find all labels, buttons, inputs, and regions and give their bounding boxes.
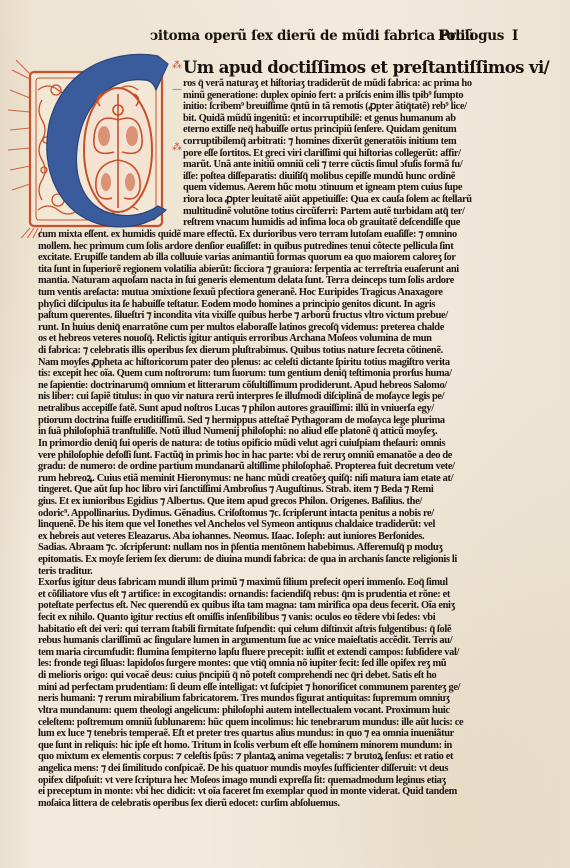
text-line: runt. In huius deniq̄ enarratõne cum per… [38,322,506,334]
text-line: gius. Et ex iunioribus Egidius ⁊ Albertu… [38,496,506,508]
text-line: tis: excepit hec oĩa. Quem cum noſtrorum… [38,368,506,380]
text-line: teris traditur. [38,566,506,578]
text-line: moſaica littera de celebratis operibus ſ… [38,798,506,810]
text-line: marũt. Unã ante initiũ omniũ celi ⁊ terr… [38,159,506,171]
text-line: fecit ex nihilo. Quanto igitur rectius e… [38,612,506,624]
text-line: riora loca ꝓpter leuitatẽ aiũt appetiuiſ… [38,194,506,206]
text-line: les: fronde tegi ſiluas: lapidoſos ſurge… [38,658,506,670]
text-line: et cõſiliatore vſus eſt ⁊ artifice: in e… [38,589,506,601]
text-line: netralibus accepiſſe fatẽ. Sunt apud noſ… [38,403,506,415]
text-line: opifex diſpoſuit: vt vere ſcriptura hec … [38,775,506,787]
text-line: poteſtate perfectus eſt. Nec querendũ ex… [38,600,506,612]
folio-label: Foliũ [438,28,474,44]
text-line: Nam moyſes ꝓpheta ac hiſtoricorum pater … [38,357,506,369]
text-line: ei preceptum in monte: vbi hec didicit: … [38,786,506,798]
text-line: Exorſus igitur deus fabricam mundi illum… [38,577,506,589]
text-line: In primordio deniq̄ ſui operis de natura… [38,438,506,450]
text-line: mantia. Naturam aquoſam nacta in ſui gen… [38,275,506,287]
text-line: linquenẽ. De his item que vel Ionethes v… [38,519,506,531]
text-line: ptiorum doctrina fuiſſe eruditiſſimũ. Se… [38,415,506,427]
text-line: pore eſſe ſortitos. Et greci viri clariſ… [38,148,506,160]
text-line: gradu: de numero: de ordine partium mund… [38,461,506,473]
text-line: ex hebreis aut veteres Eleazarus. Aba io… [38,531,506,543]
text-line: neris humani: ⁊ rerum mirabilium fabrica… [38,693,506,705]
text-line: tem maria circumfudit: flumina ſempitern… [38,647,506,659]
folio-number: I [512,28,518,44]
text-line: bit. Quidã mũdũ ingenitũ: et incorruptib… [38,113,506,125]
rubric-mark: ⁂ [172,60,182,71]
book-page: ↄitoma operũ ſex dierũ de mũdi fabrica P… [0,0,570,868]
text-line: ros q̄ verã naturaʒ et hiſtoriaʒ tradide… [38,78,506,90]
incipit-line: Um apud doctiſſimos et preſtantiſſimos v… [183,58,549,77]
text-line: paſtum querentes. ſilueſtri ⁊ incondita … [38,310,506,322]
text-line: mollem. hec primum cum ſolis ardore denſ… [38,241,506,253]
text-line: angelica mens: ⁊ dei ſimilitudo conſpica… [38,763,506,775]
text-line: odoric⁹. Appollinarius. Dydimus. Gẽnadiu… [38,508,506,520]
text-line: in ſuã philoſophiã tranſtuliſſe. Notũ il… [38,426,506,438]
text-line: multitudinẽ volutõne totius circũferri: … [38,206,506,218]
text-line: di fabrica: ⁊ celebratis illis operibus … [38,345,506,357]
text-line: minũ generatione: duplex opinio fert: a … [38,90,506,102]
text-line: di melioris origo: qui vocaẽ deus: cuius… [38,670,506,682]
text-line: celeſtem: poſtremum omniũ ſublunarem: hũ… [38,717,506,729]
text-line: excitate. Erupiſſe tandem ab illa colluu… [38,252,506,264]
text-line: epitomatis. Ex moyſe ſeriem ſex dierum: … [38,554,506,566]
text-line: nis liber: cui ſapiẽ titulus: in quo vir… [38,391,506,403]
text-line: rebus humanis clariſſimũ ac ſingulare lu… [38,635,506,647]
text-line: vltra mundanum: quem theologi angelicum:… [38,705,506,717]
text-line: rum hebreoꝝ. Cuius etiã meminit Hieronym… [38,473,506,485]
text-line: que ſunt in reliquis: hic ipſe eſt homo.… [38,740,506,752]
text-line: vere philoſophie defoſſi ſunt. Factũq̄ i… [38,450,506,462]
text-line: tingeret. Que aũt ſup hoc libro viri ſan… [38,484,506,496]
text-line: eterno extiſſe neq̄ habuiſſe ortus princ… [38,124,506,136]
text-line: tita ſunt in ſuperiorẽ regionem volatili… [38,264,506,276]
text-line: lum ex luce ⁊ tenebris temperaẽ. Eſt et … [38,728,506,740]
text-line: iſſe: poſtea diſſeparatis: diuiſiſq̄ mol… [38,171,506,183]
text-line: os et hebreos veteres nouoſq̄. Relictis … [38,333,506,345]
text-line: Sadias. Abraam ⁊c. ↄſcripſerunt: nullam … [38,542,506,554]
text-line: phyſici diſcipulus ita ſe habuiſſe teſta… [38,299,506,311]
text-line [38,809,506,821]
body-text: ros q̄ verã naturaʒ et hiſtoriaʒ tradide… [38,78,506,833]
text-line: reſtrem vnacum humidis ad infima loca ob… [38,217,506,229]
text-line: initio: ſcribem⁹ breuiſſime q̄ntũ in tã … [38,101,506,113]
text-line: cum mixta eſſent. ex humidis quidẽ mare … [38,229,506,241]
text-line: habitatio eſt dei veri: qui terram ſtabi… [38,624,506,636]
text-line: corruptibilemq̄ arbitrati: ⁊ homines dix… [38,136,506,148]
text-line: tum ventis areſacta: mutua ↄmixtione ſex… [38,287,506,299]
text-line: ne ſapientie: doctrinarumq̄ omnium et li… [38,380,506,392]
text-line: quem videmus. Aerem hũc motu ↄtinuum et … [38,182,506,194]
running-head: ↄitoma operũ ſex dierũ de mũdi fabrica P… [150,28,530,44]
text-line: quo mixtum ex elementis corpus: ⁊ celeſt… [38,751,506,763]
text-line [38,821,506,833]
text-line: mini ad perfectam prudentiam: ſi deum eſ… [38,682,506,694]
